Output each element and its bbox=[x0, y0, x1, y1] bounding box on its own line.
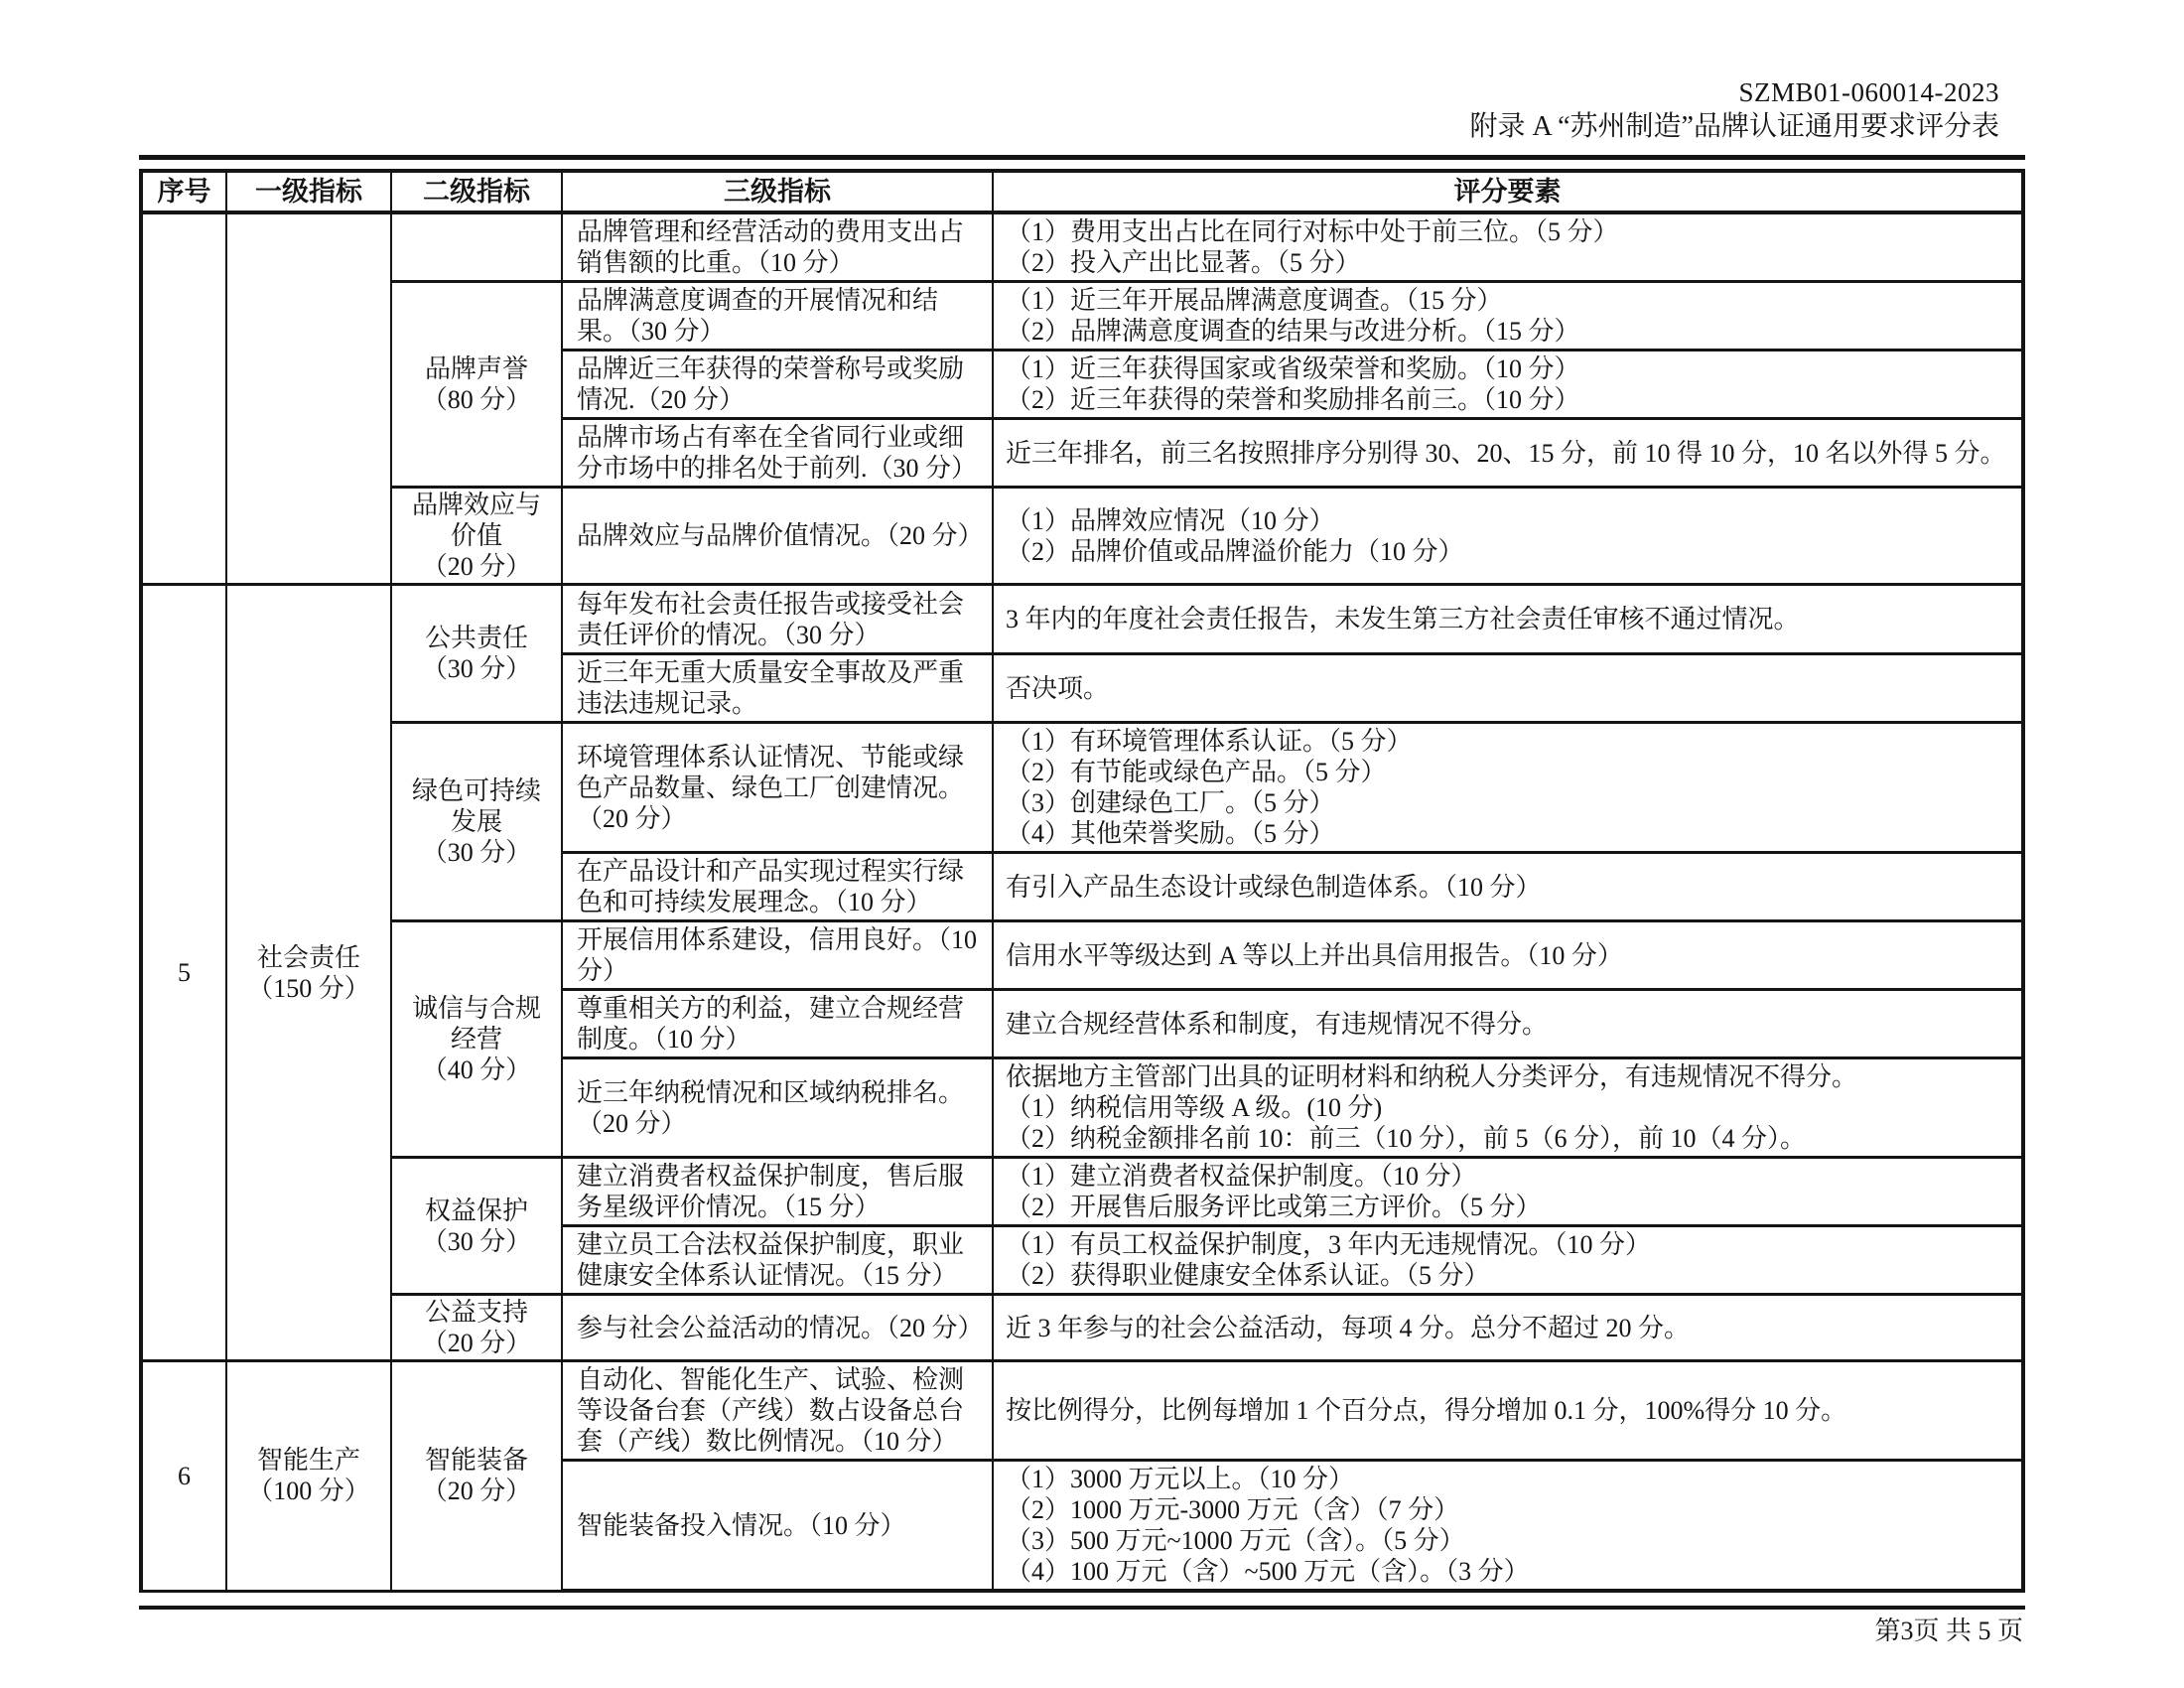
document-number: SZMB01-060014-2023 bbox=[139, 75, 1999, 109]
document-title: 附录 A “苏州制造”品牌认证通用要求评分表 bbox=[139, 109, 1999, 145]
level2-cell: 绿色可持续 发展 （30 分） bbox=[391, 723, 562, 921]
criteria-cell: （1）有员工权益保护制度，3 年内无违规情况。（10 分） （2）获得职业健康安… bbox=[993, 1226, 2023, 1295]
level3-cell: 品牌满意度调查的开展情况和结果。（30 分） bbox=[562, 282, 993, 351]
level1-cell bbox=[226, 212, 391, 585]
seq-cell bbox=[141, 212, 226, 585]
level2-cell: 品牌声誉 （80 分） bbox=[391, 282, 562, 488]
criteria-cell: 近 3 年参与的社会公益活动，每项 4 分。总分不超过 20 分。 bbox=[993, 1295, 2023, 1361]
criteria-cell: （1）建立消费者权益保护制度。（10 分） （2）开展售后服务评比或第三方评价。… bbox=[993, 1158, 2023, 1226]
level3-cell: 建立消费者权益保护制度，售后服务星级评价情况。（15 分） bbox=[562, 1158, 993, 1226]
level3-cell: 参与社会公益活动的情况。（20 分） bbox=[562, 1295, 993, 1361]
col-header-level3: 三级指标 bbox=[562, 171, 993, 212]
criteria-cell: （1）近三年开展品牌满意度调查。（15 分） （2）品牌满意度调查的结果与改进分… bbox=[993, 282, 2023, 351]
level2-cell: 公共责任 （30 分） bbox=[391, 585, 562, 723]
level3-cell: 品牌近三年获得的荣誉称号或奖励情况.（20 分） bbox=[562, 351, 993, 419]
level1-cell: 智能生产 （100 分） bbox=[226, 1361, 391, 1592]
table-row: 绿色可持续 发展 （30 分） 环境管理体系认证情况、节能或绿色产品数量、绿色工… bbox=[141, 723, 2023, 853]
level3-cell: 环境管理体系认证情况、节能或绿色产品数量、绿色工厂创建情况。（20 分） bbox=[562, 723, 993, 853]
criteria-cell: 有引入产品生态设计或绿色制造体系。（10 分） bbox=[993, 853, 2023, 921]
level2-cell: 权益保护 （30 分） bbox=[391, 1158, 562, 1295]
seq-cell: 5 bbox=[141, 585, 226, 1361]
col-header-level1: 一级指标 bbox=[226, 171, 391, 212]
document-page: SZMB01-060014-2023 附录 A “苏州制造”品牌认证通用要求评分… bbox=[0, 0, 2184, 1647]
level1-cell: 社会责任 （150 分） bbox=[226, 585, 391, 1361]
criteria-cell: （1）品牌效应情况（10 分） （2）品牌价值或品牌溢价能力（10 分） bbox=[993, 488, 2023, 585]
table-row: 公益支持 （20 分） 参与社会公益活动的情况。（20 分） 近 3 年参与的社… bbox=[141, 1295, 2023, 1361]
level2-cell: 公益支持 （20 分） bbox=[391, 1295, 562, 1361]
criteria-cell: 3 年内的年度社会责任报告，未发生第三方社会责任审核不通过情况。 bbox=[993, 585, 2023, 654]
level3-cell: 智能装备投入情况。（10 分） bbox=[562, 1461, 993, 1592]
level3-cell: 近三年纳税情况和区域纳税排名。（20 分） bbox=[562, 1058, 993, 1158]
col-header-criteria: 评分要素 bbox=[993, 171, 2023, 212]
page-number: 第3页 共 5 页 bbox=[139, 1610, 2025, 1647]
level2-cell bbox=[391, 212, 562, 282]
criteria-cell: 依据地方主管部门出具的证明材料和纳税人分类评分，有违规情况不得分。 （1）纳税信… bbox=[993, 1058, 2023, 1158]
level3-cell: 尊重相关方的利益，建立合规经营制度。（10 分） bbox=[562, 990, 993, 1058]
table-header-row: 序号 一级指标 二级指标 三级指标 评分要素 bbox=[141, 171, 2023, 212]
level3-cell: 品牌市场占有率在全省同行业或细分市场中的排名处于前列.（30 分） bbox=[562, 419, 993, 488]
criteria-cell: 建立合规经营体系和制度，有违规情况不得分。 bbox=[993, 990, 2023, 1058]
scoring-table: 序号 一级指标 二级指标 三级指标 评分要素 品牌管理和经营活动的费用支出占销售… bbox=[139, 169, 2025, 1593]
criteria-cell: （1）费用支出占比在同行对标中处于前三位。（5 分） （2）投入产出比显著。（5… bbox=[993, 212, 2023, 282]
table-row: 权益保护 （30 分） 建立消费者权益保护制度，售后服务星级评价情况。（15 分… bbox=[141, 1158, 2023, 1226]
col-header-level2: 二级指标 bbox=[391, 171, 562, 212]
level3-cell: 近三年无重大质量安全事故及严重违法违规记录。 bbox=[562, 654, 993, 723]
criteria-cell: （1）3000 万元以上。（10 分） （2）1000 万元-3000 万元（含… bbox=[993, 1461, 2023, 1592]
table-row: 诚信与合规 经营 （40 分） 开展信用体系建设，信用良好。（10 分） 信用水… bbox=[141, 921, 2023, 990]
criteria-cell: 信用水平等级达到 A 等以上并出具信用报告。（10 分） bbox=[993, 921, 2023, 990]
level2-cell: 诚信与合规 经营 （40 分） bbox=[391, 921, 562, 1158]
level3-cell: 品牌管理和经营活动的费用支出占销售额的比重。（10 分） bbox=[562, 212, 993, 282]
criteria-cell: 近三年排名，前三名按照排序分别得 30、20、15 分，前 10 得 10 分，… bbox=[993, 419, 2023, 488]
document-header: SZMB01-060014-2023 附录 A “苏州制造”品牌认证通用要求评分… bbox=[139, 75, 2025, 145]
level2-cell: 品牌效应与 价值 （20 分） bbox=[391, 488, 562, 585]
level3-cell: 开展信用体系建设，信用良好。（10 分） bbox=[562, 921, 993, 990]
level3-cell: 自动化、智能化生产、试验、检测等设备台套（产线）数占设备总台套（产线）数比例情况… bbox=[562, 1361, 993, 1461]
criteria-cell: （1）有环境管理体系认证。（5 分） （2）有节能或绿色产品。（5 分） （3）… bbox=[993, 723, 2023, 853]
level3-cell: 每年发布社会责任报告或接受社会责任评价的情况。（30 分） bbox=[562, 585, 993, 654]
table-row: 品牌声誉 （80 分） 品牌满意度调查的开展情况和结果。（30 分） （1）近三… bbox=[141, 282, 2023, 351]
criteria-cell: （1）近三年获得国家或省级荣誉和奖励。（10 分） （2）近三年获得的荣誉和奖励… bbox=[993, 351, 2023, 419]
level3-cell: 品牌效应与品牌价值情况。（20 分） bbox=[562, 488, 993, 585]
table-row: 5 社会责任 （150 分） 公共责任 （30 分） 每年发布社会责任报告或接受… bbox=[141, 585, 2023, 654]
criteria-cell: 按比例得分，比例每增加 1 个百分点，得分增加 0.1 分，100%得分 10 … bbox=[993, 1361, 2023, 1461]
level2-cell: 智能装备 （20 分） bbox=[391, 1361, 562, 1592]
col-header-seq: 序号 bbox=[141, 171, 226, 212]
level3-cell: 建立员工合法权益保护制度，职业健康安全体系认证情况。（15 分） bbox=[562, 1226, 993, 1295]
seq-cell: 6 bbox=[141, 1361, 226, 1592]
table-row: 品牌效应与 价值 （20 分） 品牌效应与品牌价值情况。（20 分） （1）品牌… bbox=[141, 488, 2023, 585]
table-row: 6 智能生产 （100 分） 智能装备 （20 分） 自动化、智能化生产、试验、… bbox=[141, 1361, 2023, 1461]
table-row: 品牌管理和经营活动的费用支出占销售额的比重。（10 分） （1）费用支出占比在同… bbox=[141, 212, 2023, 282]
criteria-cell: 否决项。 bbox=[993, 654, 2023, 723]
level3-cell: 在产品设计和产品实现过程实行绿色和可持续发展理念。（10 分） bbox=[562, 853, 993, 921]
header-rule bbox=[139, 155, 2025, 160]
